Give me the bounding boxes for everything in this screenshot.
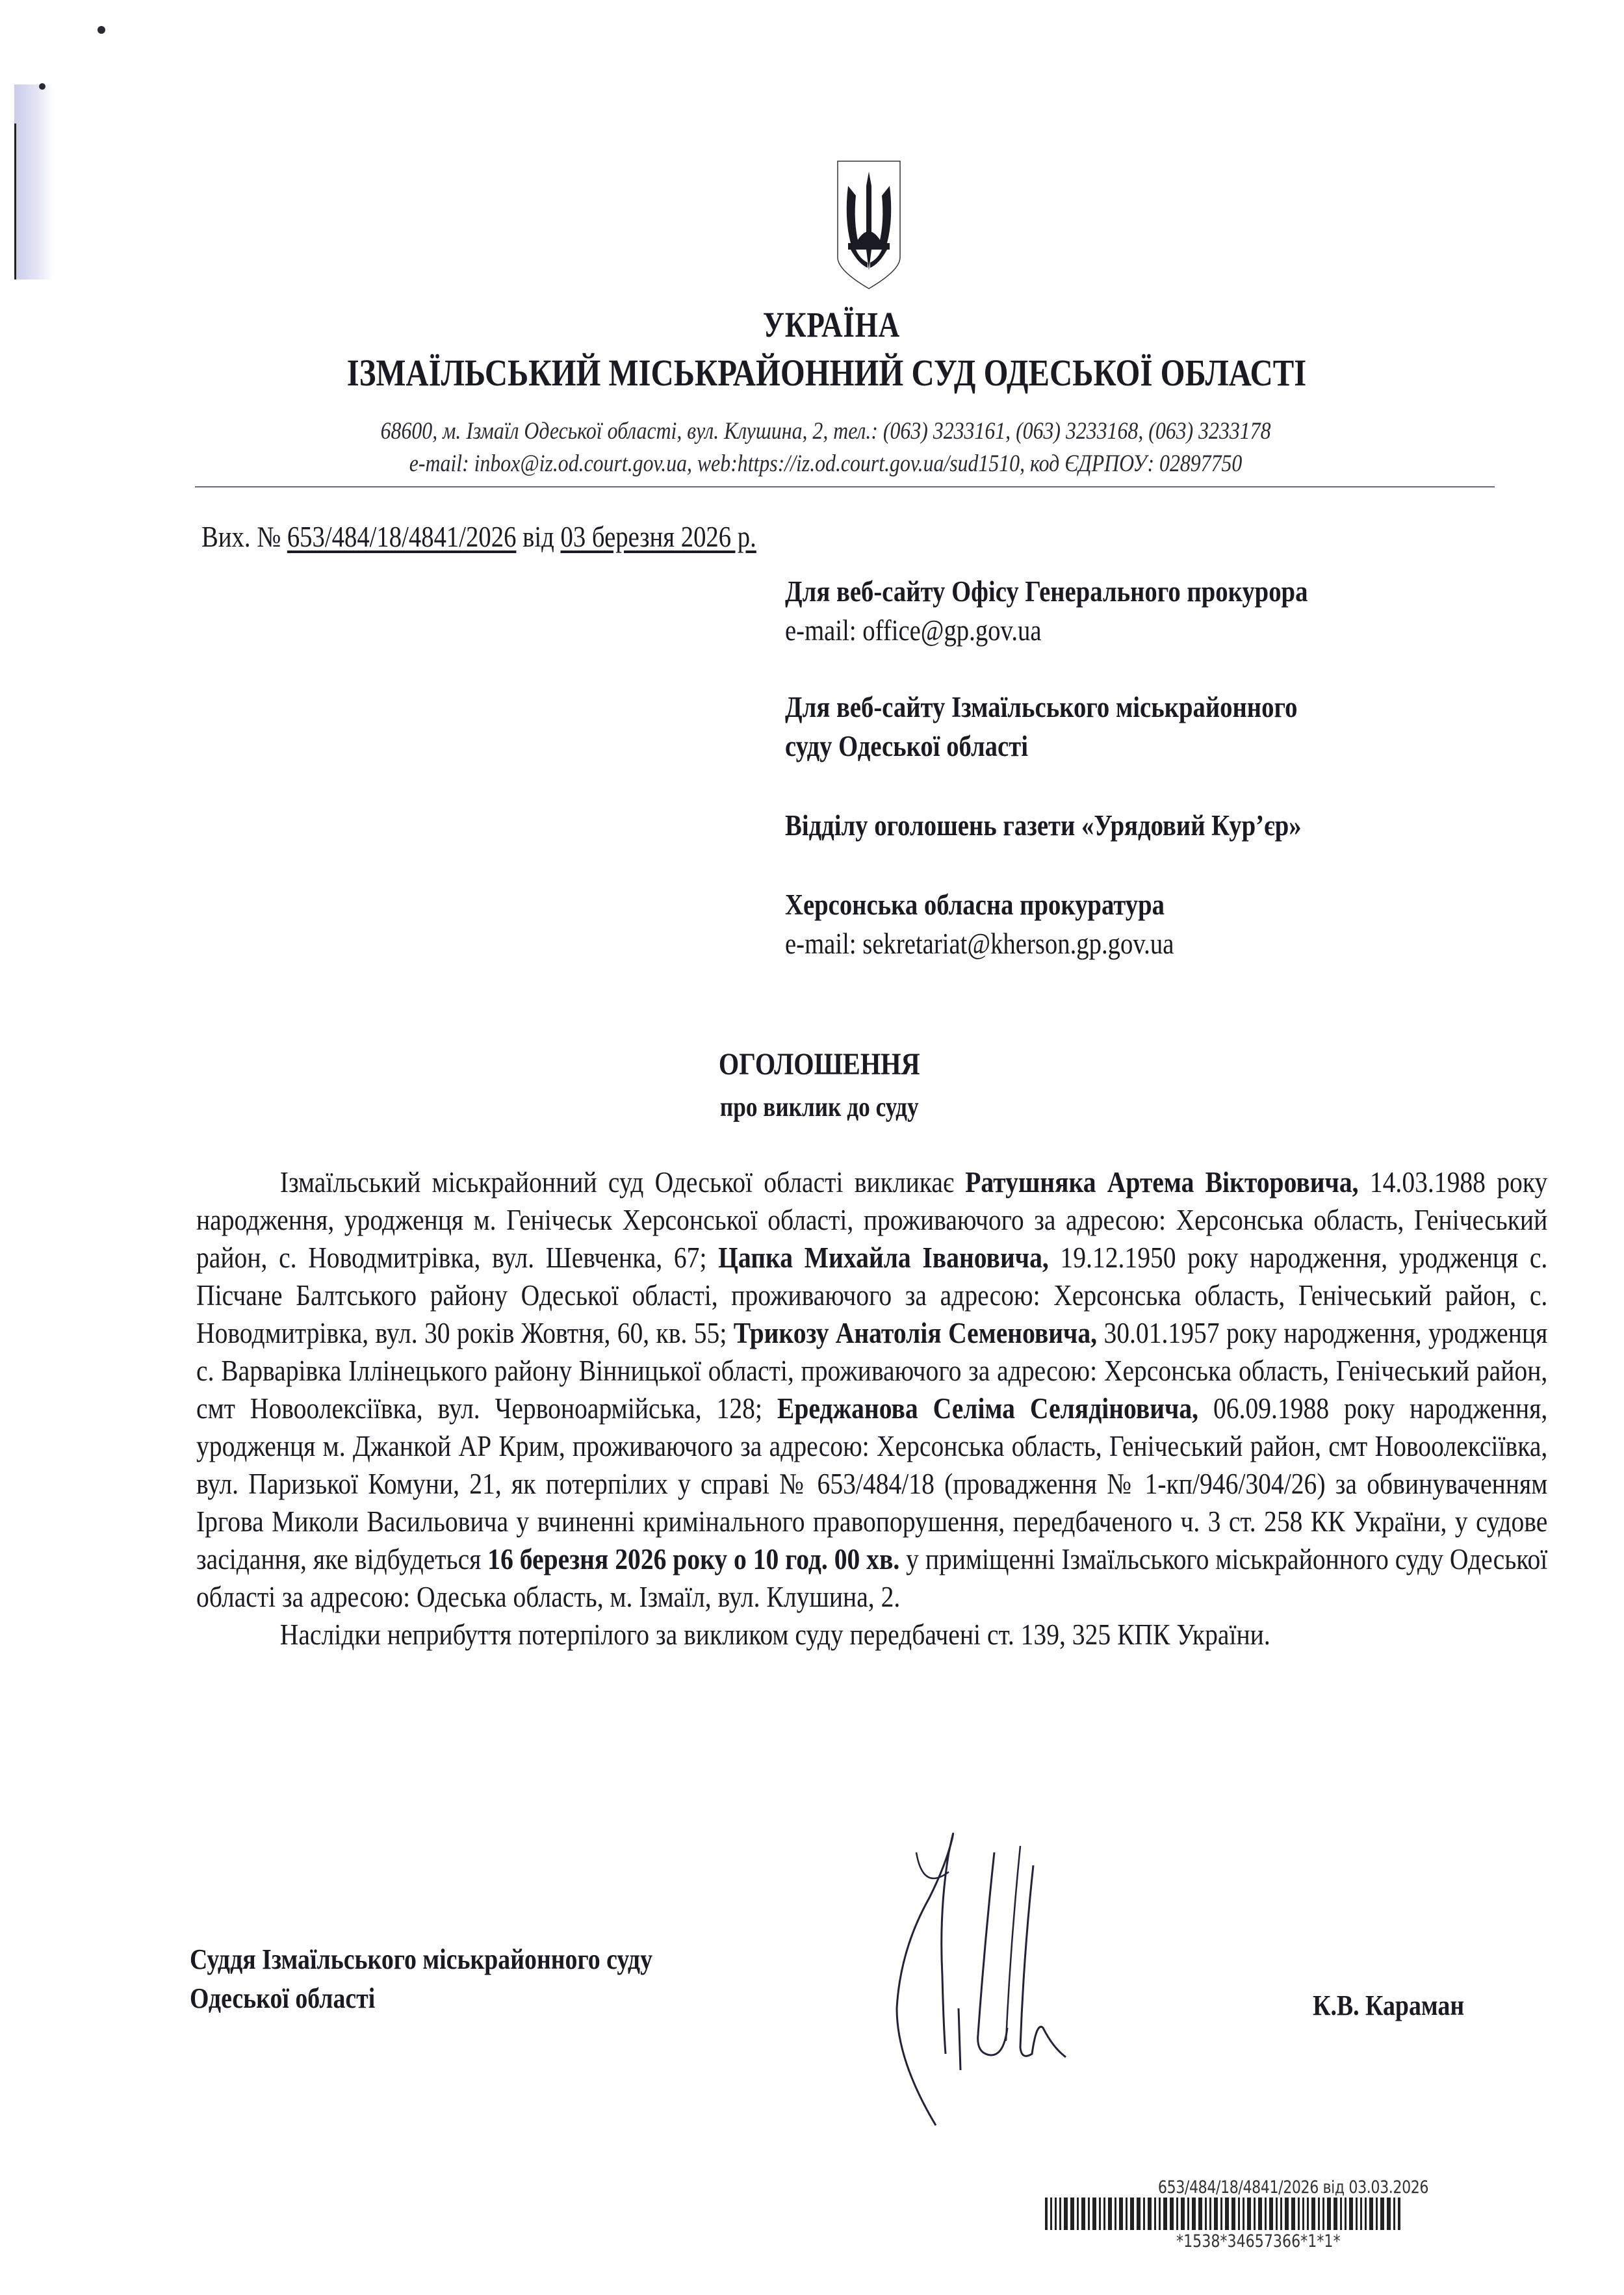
recipient-item: Для веб-сайту Офісу Генерального прокуро… (785, 572, 1500, 650)
header-divider (195, 486, 1495, 487)
scan-edge-line (14, 123, 16, 279)
country-heading: УКРАЇНА (166, 304, 1497, 345)
judge-position: Суддя Ізмаїльського міськрайонного суду … (190, 1940, 652, 2018)
victim-name: Цапка Михайла Івановича, (718, 1241, 1049, 1274)
coat-of-arms-icon (836, 160, 901, 290)
outgoing-number-line: Вих. № 653/484/18/4841/2026 від 03 берез… (201, 520, 756, 554)
barcode-reference: 653/484/18/4841/2026 від 03.03.2026 (1107, 2177, 1480, 2198)
scan-speck (97, 26, 105, 34)
recipient-title: Херсонська обласна прокуратура (785, 885, 1400, 924)
summons-paragraph: Ізмаїльський міськрайонний суд Одеської … (196, 1163, 1547, 1616)
recipient-title: суду Одеської області (785, 727, 1400, 766)
recipient-email: e-mail: office@gp.gov.ua (785, 611, 1400, 650)
scan-speck (39, 83, 45, 90)
outgoing-prefix: Вих. № (201, 521, 281, 553)
recipient-title: Відділу оголошень газети «Урядовий Кур’є… (785, 806, 1400, 845)
recipient-title: Для веб-сайту Ізмаїльського міськрайонно… (785, 688, 1400, 727)
text-fragment: Ізмаїльський міськрайонний суд Одеської … (280, 1165, 965, 1199)
victim-name: Ереджанова Селіма Селядіновича, (777, 1392, 1198, 1425)
victim-name: Ратушняка Артема Вікторовича, (965, 1165, 1358, 1199)
consequences-paragraph: Наслідки неприбуття потерпілого за викли… (196, 1616, 1547, 1653)
scan-edge-shadow (14, 84, 53, 279)
document-barcode: 653/484/18/4841/2026 від 03.03.2026 *153… (1027, 2177, 1521, 2251)
court-contacts: e-mail: inbox@iz.od.court.gov.ua, web:ht… (127, 450, 1524, 478)
recipient-item: Херсонська обласна прокуратура e-mail: s… (785, 885, 1500, 963)
judge-name: К.В. Караман (1313, 1989, 1464, 2022)
announcement-body: Ізмаїльський міськрайонний суд Одеської … (196, 1163, 1547, 1653)
announcement-subtitle: про виклик до суду (137, 1092, 1501, 1123)
recipient-email: e-mail: sekretariat@kherson.gp.gov.ua (785, 924, 1400, 963)
recipient-item: Відділу оголошень газети «Урядовий Кур’є… (785, 806, 1500, 845)
barcode-bars (1045, 2198, 1500, 2230)
court-name-heading: ІЗМАЇЛЬСЬКИЙ МІСЬКРАЙОННИЙ СУД ОДЕСЬКОЇ … (144, 351, 1508, 395)
outgoing-number: 653/484/18/4841/2026 (287, 521, 517, 553)
recipients-block: Для веб-сайту Офісу Генерального прокуро… (785, 572, 1500, 963)
hearing-datetime: 16 березня 2026 року о 10 год. 00 хв. (487, 1542, 899, 1575)
recipient-title: Для веб-сайту Офісу Генерального прокуро… (785, 572, 1400, 611)
outgoing-date: 03 березня 2026 р. (561, 521, 756, 553)
victim-name: Трикозу Анатолія Семеновича, (734, 1316, 1097, 1349)
outgoing-from-word: від (522, 521, 554, 553)
recipient-item: Для веб-сайту Ізмаїльського міськрайонно… (785, 688, 1500, 766)
court-address: 68600, м. Ізмаїл Одеської області, вул. … (127, 417, 1524, 445)
judge-position-line: Суддя Ізмаїльського міськрайонного суду (190, 1940, 652, 1979)
judge-position-line: Одеської області (190, 1979, 652, 2018)
barcode-code: *1538*34657366*1*1* (1176, 2231, 1459, 2251)
handwritten-signature-icon (825, 1813, 1163, 2151)
announcement-title: ОГОЛОШЕННЯ (137, 1046, 1501, 1082)
